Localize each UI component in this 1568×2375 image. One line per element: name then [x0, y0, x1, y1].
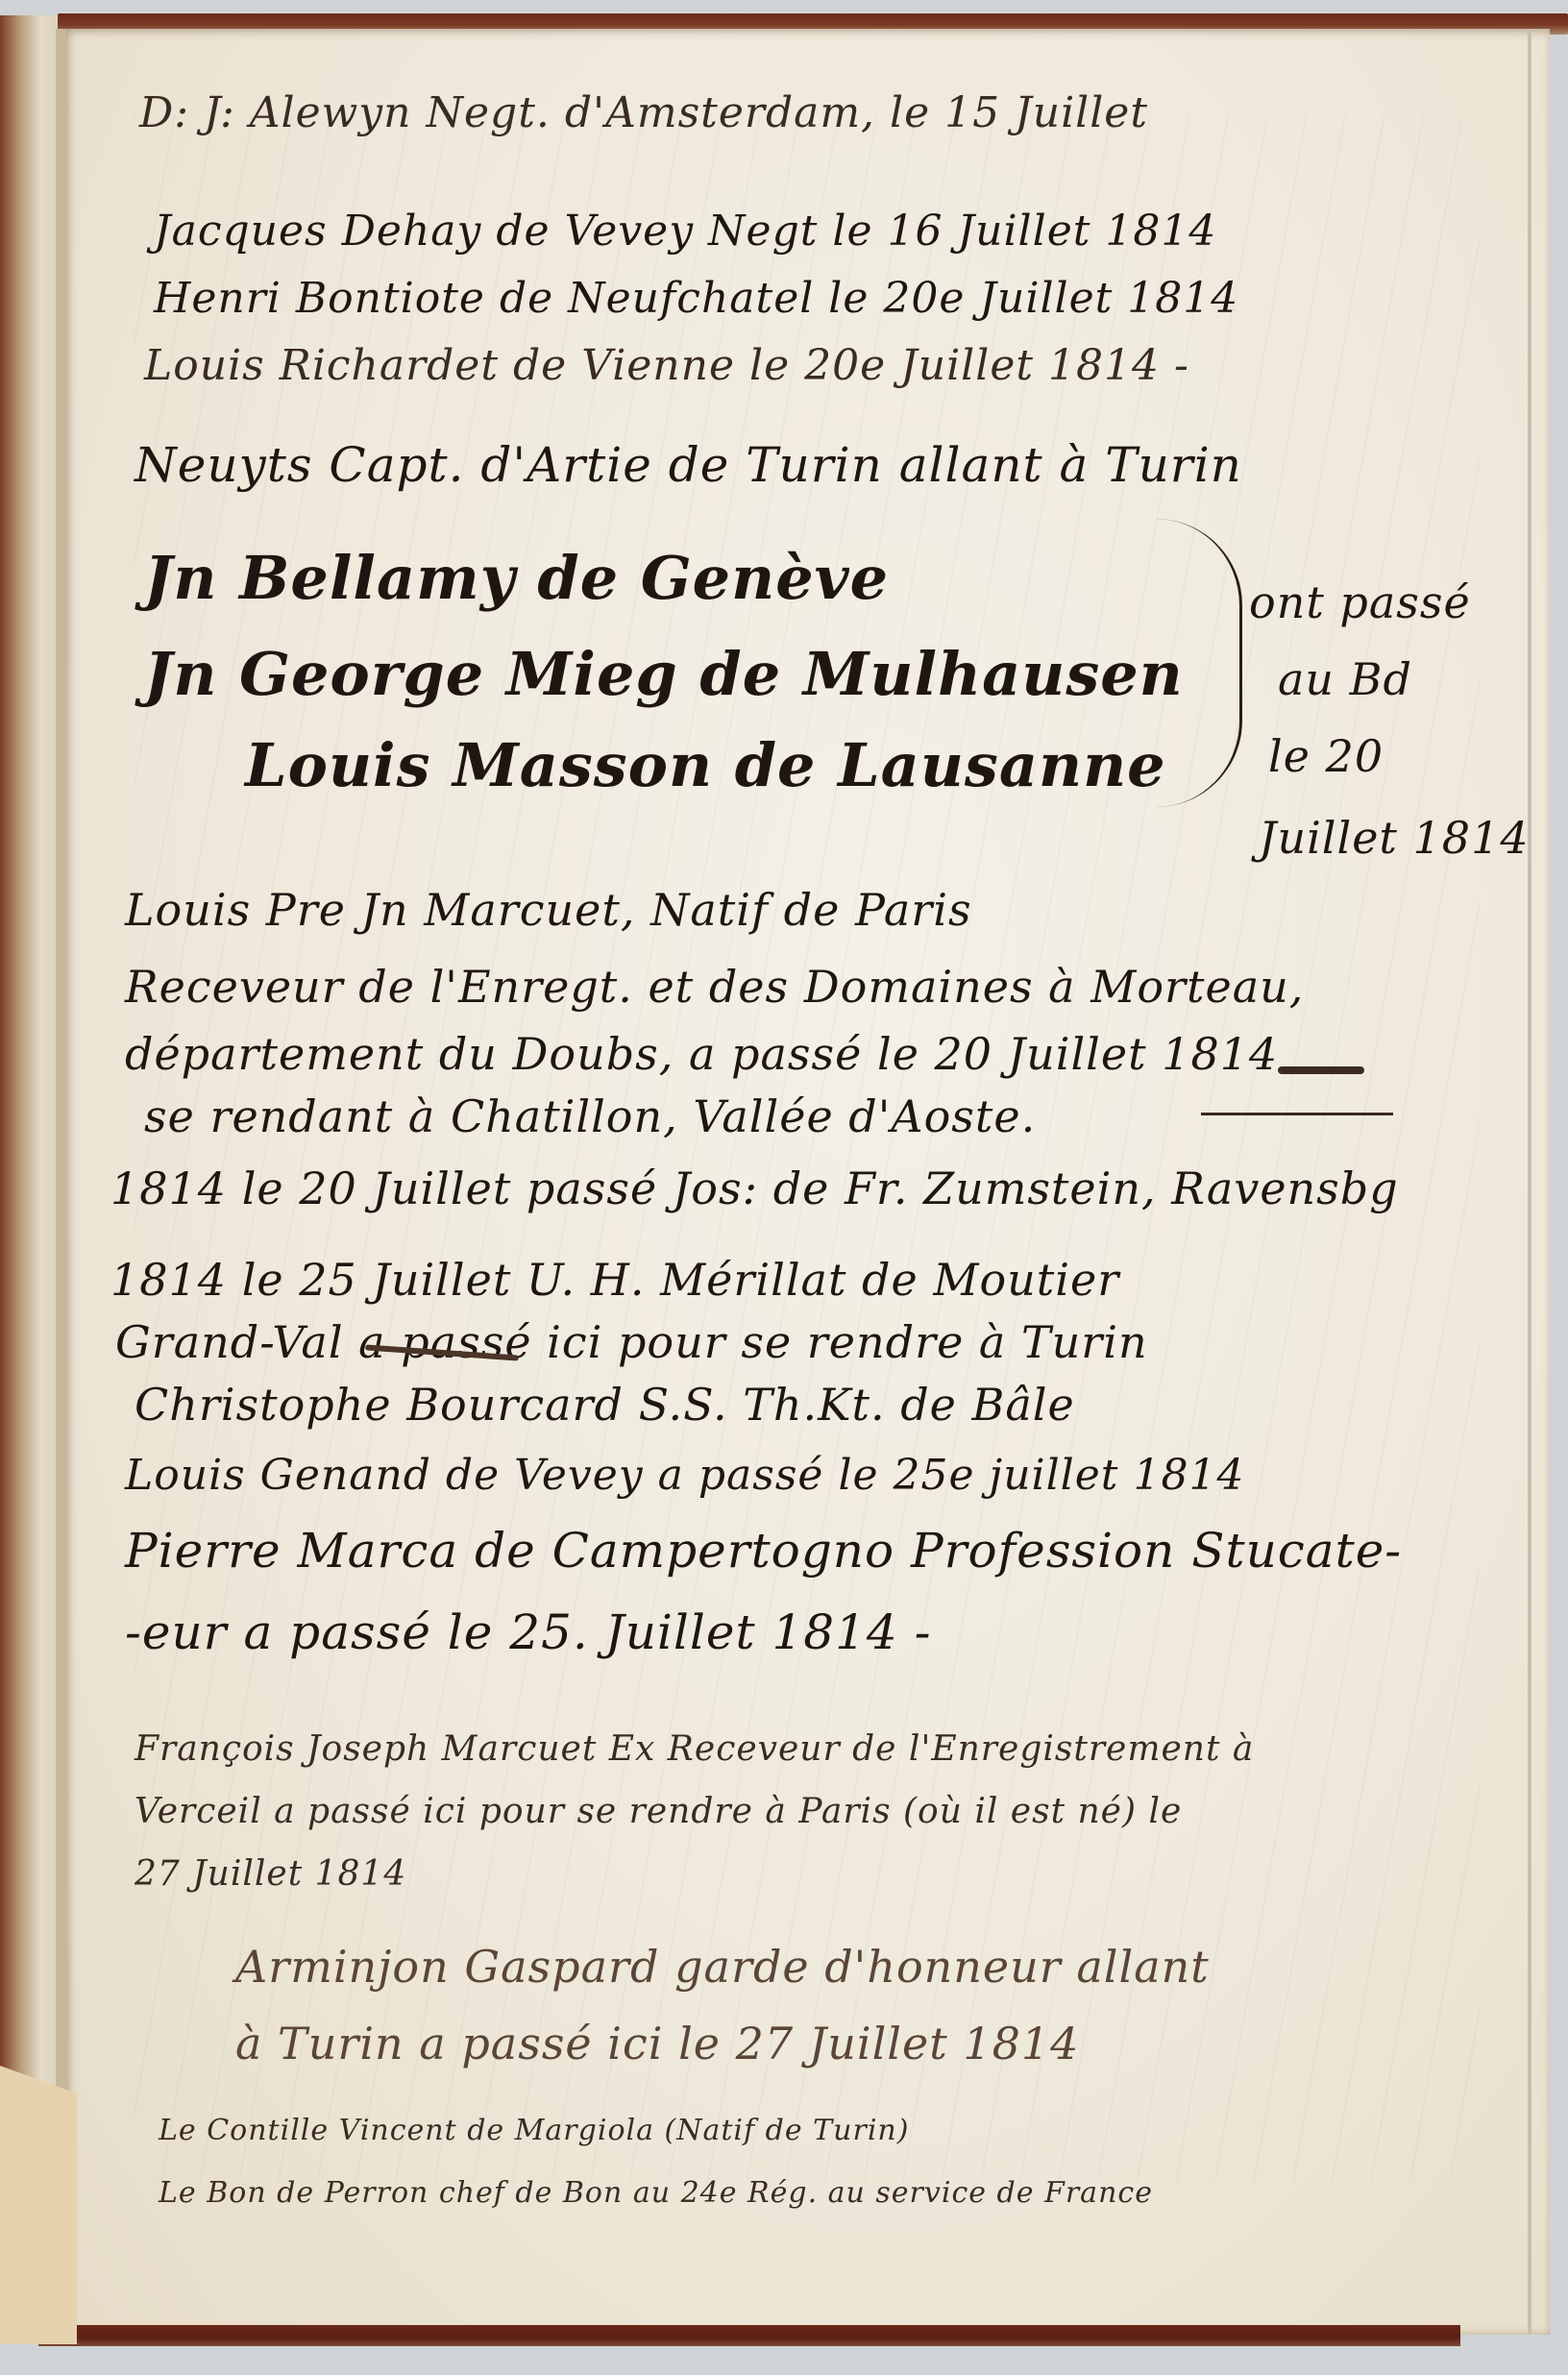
entry-line: à Turin a passé ici le 27 Juillet 1814	[235, 2018, 1079, 2069]
entry-line: Receveur de l'Enregt. et des Domaines à …	[125, 961, 1304, 1013]
entry-line: Jn George Mieg de Mulhausen	[144, 639, 1184, 709]
margin-note: Juillet 1814	[1259, 812, 1530, 864]
entry-line: 27 Juillet 1814	[135, 1854, 406, 1894]
entry-line: 1814 le 25 Juillet U. H. Mérillat de Mou…	[110, 1254, 1119, 1306]
margin-note: le 20	[1268, 730, 1384, 782]
entry-line: Pierre Marca de Campertogno Profession S…	[125, 1523, 1402, 1579]
entry-line: Grand-Val a passé ici pour se rendre à T…	[115, 1316, 1148, 1368]
ink-rule	[1201, 1113, 1393, 1115]
entry-line: se rendant à Chatillon, Vallée d'Aoste.	[144, 1090, 1036, 1142]
margin-note: au Bd	[1278, 653, 1412, 705]
ink-stroke	[1278, 1066, 1364, 1074]
entry-line: Louis Genand de Vevey a passé le 25e jui…	[125, 1451, 1244, 1500]
entry-line: Le Contille Vincent de Margiola (Natif d…	[159, 2114, 909, 2147]
entry-line: -eur a passé le 25. Juillet 1814 -	[125, 1604, 932, 1660]
entry-line: Christophe Bourcard S.S. Th.Kt. de Bâle	[135, 1379, 1075, 1431]
entry-line: François Joseph Marcuet Ex Receveur de l…	[135, 1729, 1254, 1769]
entry-line: Henri Bontiote de Neufchatel le 20e Juil…	[154, 274, 1238, 323]
entry-line: Louis Pre Jn Marcuet, Natif de Paris	[125, 884, 972, 936]
entry-line: Verceil a passé ici pour se rendre à Par…	[135, 1792, 1182, 1831]
entry-line: Jn Bellamy de Genève	[144, 543, 889, 613]
entry-line: Le Bon de Perron chef de Bon au 24e Rég.…	[159, 2176, 1153, 2210]
entry-line: Louis Masson de Lausanne	[245, 730, 1166, 800]
register-entries: D: J: Alewyn Negt. d'Amsterdam, le 15 Ju…	[0, 0, 1568, 2375]
entry-line: Jacques Dehay de Vevey Negt le 16 Juille…	[154, 207, 1216, 256]
entry-line: département du Doubs, a passé le 20 Juil…	[125, 1028, 1278, 1080]
entry-line: Neuyts Capt. d'Artie de Turin allant à T…	[135, 437, 1242, 493]
entry-line: D: J: Alewyn Negt. d'Amsterdam, le 15 Ju…	[139, 88, 1148, 137]
entry-line: Louis Richardet de Vienne le 20e Juillet…	[144, 341, 1189, 390]
entry-line: Arminjon Gaspard garde d'honneur allant	[235, 1941, 1210, 1993]
grouping-bracket	[1124, 519, 1242, 807]
entry-line: 1814 le 20 Juillet passé Jos: de Fr. Zum…	[110, 1163, 1399, 1214]
margin-note: ont passé	[1249, 576, 1471, 628]
